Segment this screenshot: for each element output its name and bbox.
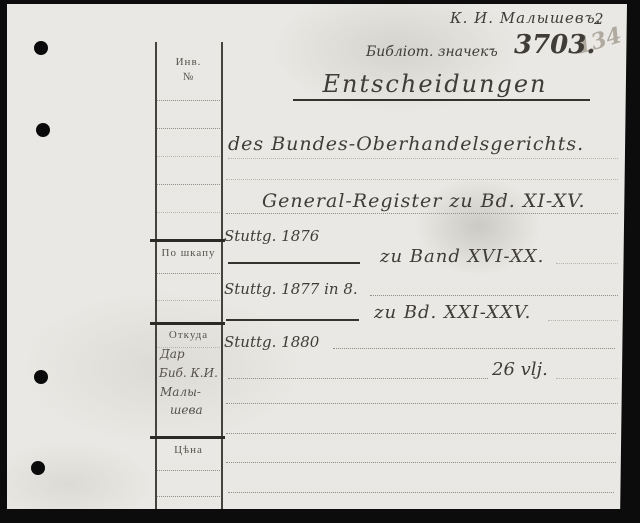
book-title: Entscheidungen [295,70,575,98]
ruled-line [548,320,618,321]
origin-note-line: Малы- [160,385,201,399]
library-mark-number: 3703. [514,30,595,60]
imprint-1877: Stuttg. 1877 in 8. [224,280,358,298]
section-divider [150,239,225,242]
ruled-line [556,378,618,379]
origin-note-line: шева [170,403,203,417]
inventory-number-sign: № [157,71,220,83]
price-label: Цѣна [157,444,220,456]
ruled-line [157,212,220,213]
inventory-label: Инв. [157,56,220,68]
ruled-line [157,470,220,471]
origin-label: Откуда [157,329,220,341]
ruled-line [333,348,615,349]
hole-punch [34,370,48,384]
band-21-25: zu Bd. XXI-XXV. [374,302,531,323]
register-heading: General-Register zu Bd. XI-XV. [262,190,586,212]
fill-dash [228,262,360,264]
ruled-line [157,273,220,274]
fill-dash [226,319,359,321]
ruled-line [226,213,618,214]
ruled-line [157,156,220,157]
scanned-catalog-card: Инв. № По шкапу Откуда Цѣна Дар Биб. К.И… [0,0,640,523]
volume-count: 26 vlj. [492,359,548,380]
ruled-line [226,433,616,434]
hole-punch [36,123,50,137]
hole-punch [34,41,48,55]
library-mark-label: Библіот. значекъ [366,44,498,60]
origin-note-line: Биб. К.И. [159,366,218,380]
ruled-line [228,492,614,493]
ruled-line [556,263,618,264]
ruled-line [226,179,618,180]
section-divider [150,436,225,439]
ruled-line [157,128,220,129]
shelf-label: По шкапу [153,247,224,259]
ruled-line [228,158,618,159]
section-divider [150,322,225,325]
ruled-line [157,496,220,497]
ruled-line [226,403,618,404]
imprint-1880: Stuttg. 1880 [224,333,319,351]
ruled-line [226,462,616,463]
ruled-line [370,295,618,296]
owner-signature: К. И. Малышевъ. [450,9,601,27]
ruled-line [157,184,220,185]
hole-punch [31,461,45,475]
imprint-1876: Stuttg. 1876 [224,227,319,245]
band-16-20: zu Band XVI-XX. [380,246,544,267]
ruled-line [228,378,488,379]
origin-note-line: Дар [160,347,185,361]
title-underline [293,99,590,101]
ruled-line [157,100,220,101]
book-subtitle: des Bundes-Oberhandelsgerichts. [228,133,584,155]
ruled-line [157,300,220,301]
